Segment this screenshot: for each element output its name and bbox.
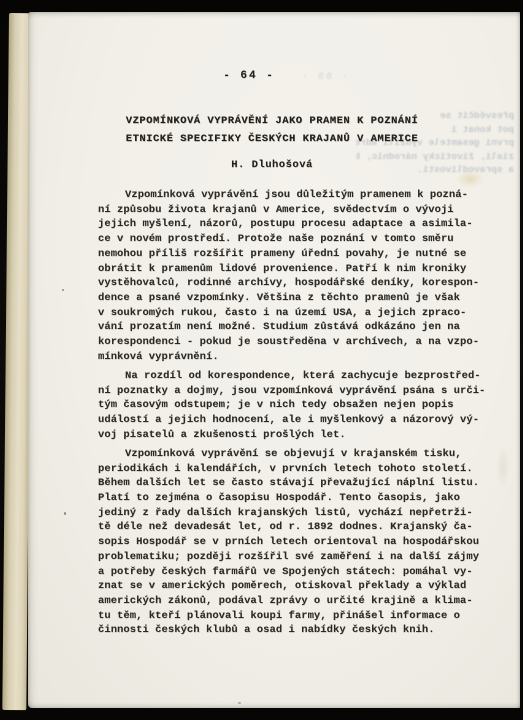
dust-speck <box>64 512 66 515</box>
article-body: Vzpomínková vyprávění jsou důležitým pra… <box>98 188 508 643</box>
paper-stain <box>456 170 484 188</box>
paragraph-1: Vzpomínková vyprávění jsou důležitým pra… <box>98 188 508 364</box>
dust-speck <box>62 289 64 291</box>
article-title-line-2: ETNICKÉ SPECIFIKY ČESKÝCH KRAJANŮ V AMER… <box>28 131 516 149</box>
article-title: VZPOMÍNKOVÁ VYPRÁVĚNÍ JAKO PRAMEN K POZN… <box>28 113 516 148</box>
article-author: H. Dluhošová <box>28 159 516 171</box>
paper-stain <box>496 445 510 489</box>
document-page: - 65 - - 64 - přesvědčit se pot konat i … <box>28 12 520 708</box>
paragraph-2: Na rozdíl od korespondence, která zachyc… <box>98 369 508 443</box>
paragraph-3: Vzpomínková vyprávění se objevují v kraj… <box>98 447 508 638</box>
page-number: - 64 - <box>28 70 470 82</box>
dust-speck <box>238 702 241 704</box>
article-title-line-1: VZPOMÍNKOVÁ VYPRÁVĚNÍ JAKO PRAMEN K POZN… <box>28 113 516 131</box>
scanned-document-photo: - 65 - - 64 - přesvědčit se pot konat i … <box>0 0 523 720</box>
